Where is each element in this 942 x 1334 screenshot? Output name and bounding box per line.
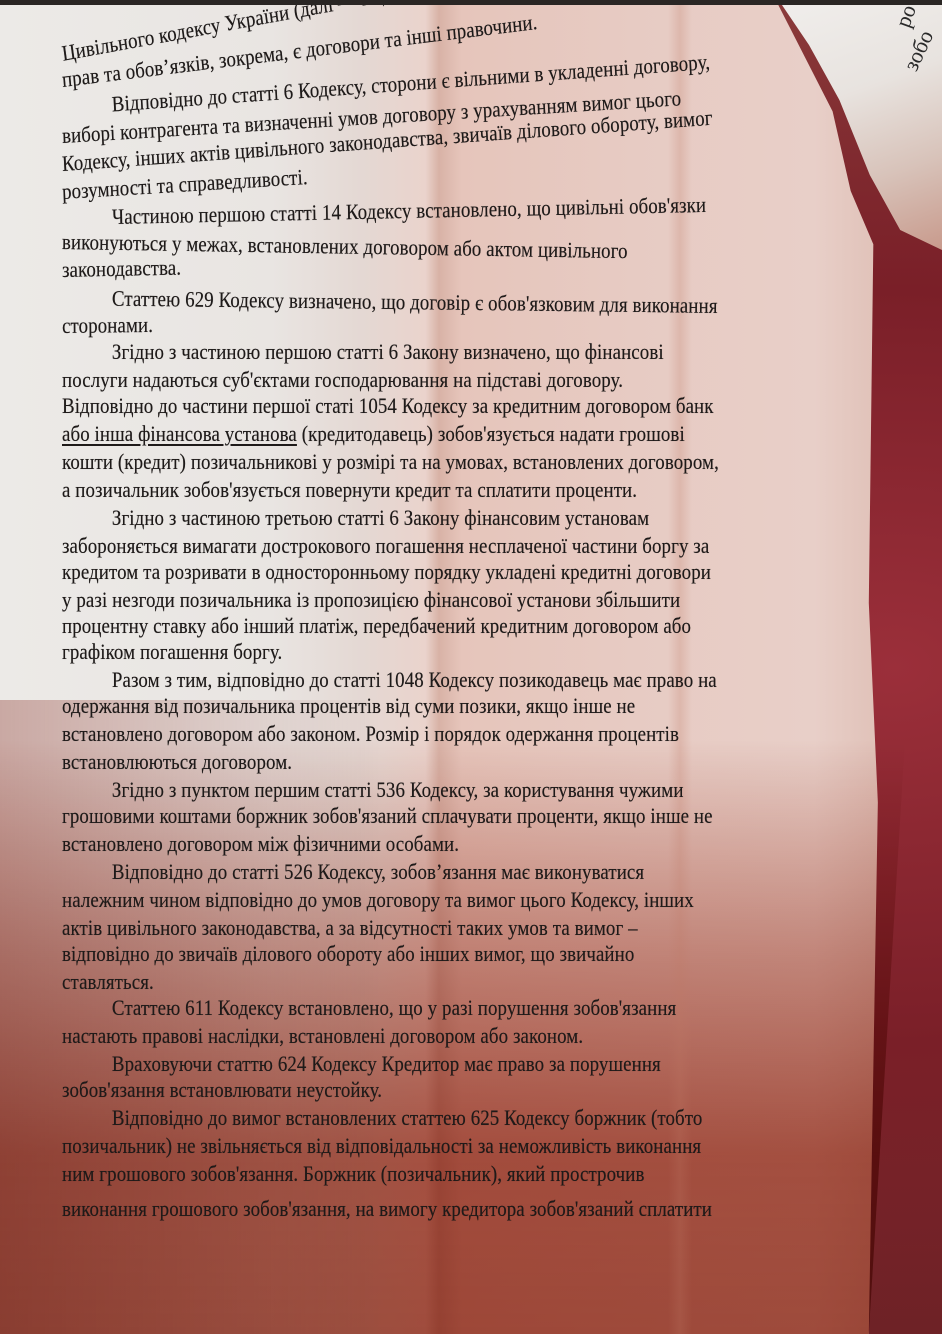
underlined-phrase: або інша фінансова установа <box>62 421 297 446</box>
document-line: процентну ставку або інший платіж, перед… <box>62 615 691 637</box>
document-line: у разі незгоди позичальника із пропозиці… <box>62 589 680 611</box>
document-line: позичальник) не звільняється від відпові… <box>62 1135 701 1157</box>
document-line: кошти (кредит) позичальникові у розмірі … <box>62 451 719 473</box>
document-line: Згідно з пунктом першим статті 536 Кодек… <box>62 779 684 801</box>
document-line: Разом з тим, відповідно до статті 1048 К… <box>62 669 717 691</box>
document-line: належним чином відповідно до умов догово… <box>62 889 694 911</box>
document-line: Відповідно до вимог встановлених статтею… <box>62 1107 702 1129</box>
document-line: а позичальник зобов'язується повернути к… <box>62 479 637 501</box>
document-line: виконання грошового зобов'язання, на вим… <box>62 1198 712 1220</box>
document-line: Згідно з частиною першою статті 6 Закону… <box>62 341 664 363</box>
document-line: встановлюються договором. <box>62 751 292 773</box>
document-line: зобов'язання встановлювати неустойку. <box>62 1079 382 1101</box>
document-line: послуги надаються суб'єктами господарюва… <box>62 369 623 391</box>
document-line: Згідно з частиною третьою статті 6 Закон… <box>62 507 649 529</box>
document-line: встановлено договором між фізичними особ… <box>62 833 459 855</box>
document-line: Відповідно до частини першої статі 1054 … <box>62 395 714 417</box>
document-line: настають правові наслідки, встановлені д… <box>62 1025 583 1047</box>
document-line: кредитом та розривати в односторонньому … <box>62 561 711 583</box>
document-line: Статтею 611 Кодексу встановлено, що у ра… <box>62 997 676 1019</box>
document-line: ним грошового зобов'язання. Боржник (поз… <box>62 1163 644 1185</box>
document-line: або інша фінансова установа (кредитодаве… <box>62 423 685 445</box>
document-line: сторонами. <box>62 314 153 337</box>
document-line: ставляться. <box>62 971 154 993</box>
document-line: відповідно до звичаїв ділового обороту а… <box>62 943 634 965</box>
document-line: встановлено договором або законом. Розмі… <box>62 723 679 745</box>
top-bar <box>0 0 942 5</box>
document-line: одержання від позичальника процентів від… <box>62 695 635 717</box>
document-line: Відповідно до статті 526 Кодексу, зобов’… <box>62 861 644 883</box>
document-line: Враховуючи статтю 624 Кодексу Кредитор м… <box>62 1053 661 1075</box>
document-line: графіком погашення боргу. <box>62 641 282 663</box>
document-line: грошовими коштами боржник зобов'язаний с… <box>62 805 713 827</box>
document-line: законодавства. <box>62 257 181 281</box>
document-line: актів цивільного законодавства, а за від… <box>62 917 638 939</box>
document-line: забороняється вимагати дострокового пога… <box>62 535 709 557</box>
